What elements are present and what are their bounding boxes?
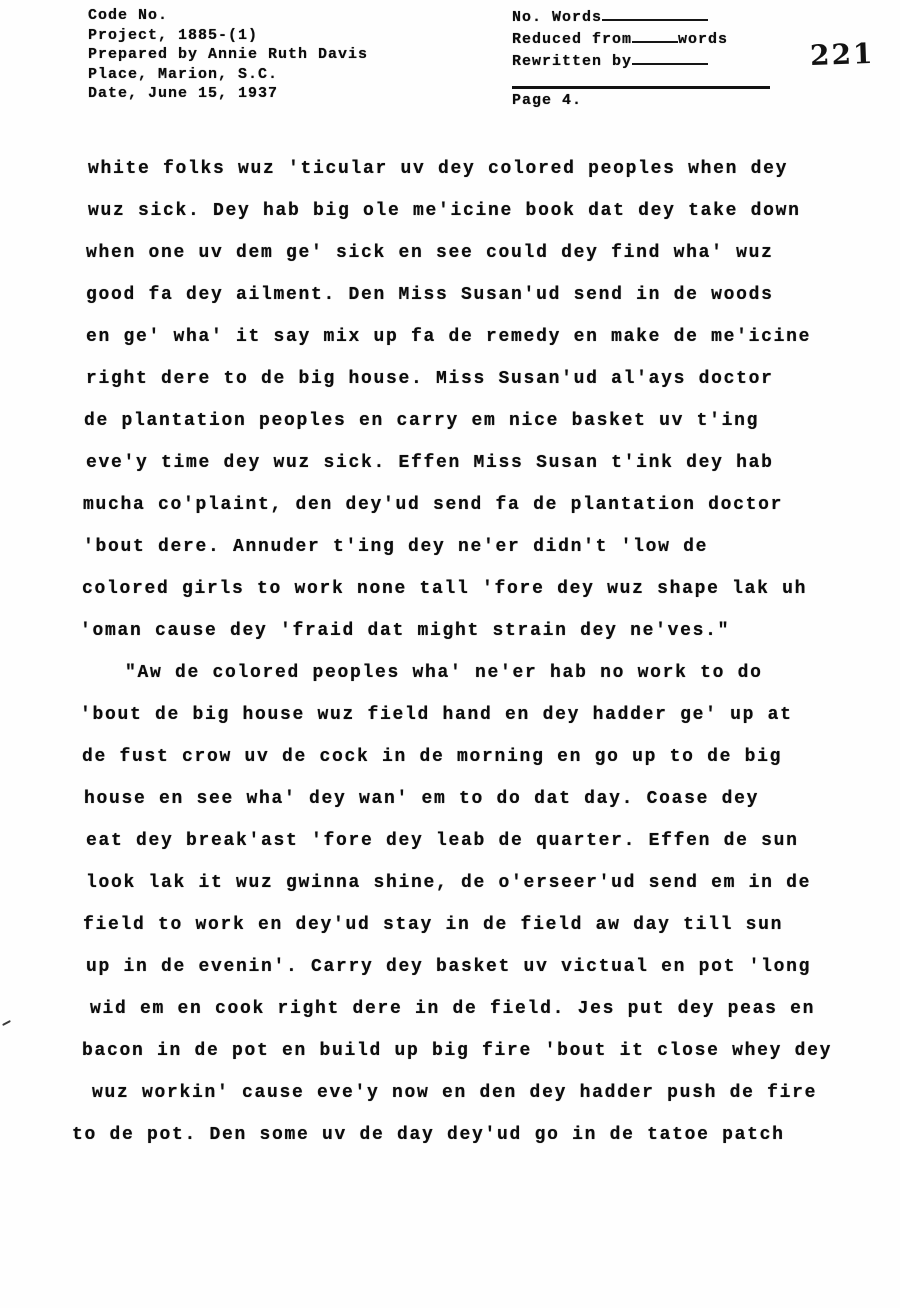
text-line: de plantation peoples en carry em nice b… xyxy=(84,400,832,442)
text-line: wuz sick. Dey hab big ole me'icine book … xyxy=(88,190,832,232)
text-line: wid em en cook right dere in de field. J… xyxy=(90,988,832,1030)
header-admin-block: Code No. Project, 1885-(1) Prepared by A… xyxy=(88,6,368,104)
text-line: bacon in de pot en build up big fire 'bo… xyxy=(82,1030,832,1072)
text-line: when one uv dem ge' sick en see could de… xyxy=(86,232,832,274)
text-line: right dere to de big house. Miss Susan'u… xyxy=(86,358,832,400)
reduced-from-row: Reduced fromwords xyxy=(512,28,770,50)
text-line: to de pot. Den some uv de day dey'ud go … xyxy=(72,1114,832,1156)
text-line: mucha co'plaint, den dey'ud send fa de p… xyxy=(83,484,832,526)
text-line: field to work en dey'ud stay in de field… xyxy=(83,904,832,946)
rewritten-by-row: Rewritten by xyxy=(512,50,770,72)
date-line: Date, June 15, 1937 xyxy=(88,84,368,104)
no-words-blank-line xyxy=(602,6,708,21)
text-line: look lak it wuz gwinna shine, de o'ersee… xyxy=(86,862,832,904)
project-line: Project, 1885-(1) xyxy=(88,26,368,46)
no-words-row: No. Words xyxy=(512,6,770,28)
narrative-body: white folks wuz 'ticular uv dey colored … xyxy=(86,148,832,1156)
text-line: eve'y time dey wuz sick. Effen Miss Susa… xyxy=(86,442,832,484)
reduced-from-blank-line xyxy=(632,28,678,43)
text-line: 'bout de big house wuz field hand en dey… xyxy=(80,694,832,736)
text-line: en ge' wha' it say mix up fa de remedy e… xyxy=(86,316,832,358)
text-line: eat dey break'ast 'fore dey leab de quar… xyxy=(86,820,832,862)
scan-artifact xyxy=(2,1020,11,1026)
document-page: Code No. Project, 1885-(1) Prepared by A… xyxy=(0,0,900,1308)
page-number-label: Page 4. xyxy=(512,92,582,109)
text-line: colored girls to work none tall 'fore de… xyxy=(82,568,832,610)
text-line: wuz workin' cause eve'y now en den dey h… xyxy=(92,1072,832,1114)
place-line: Place, Marion, S.C. xyxy=(88,65,368,85)
code-no-line: Code No. xyxy=(88,6,368,26)
text-line: white folks wuz 'ticular uv dey colored … xyxy=(88,148,832,190)
text-line: good fa dey ailment. Den Miss Susan'ud s… xyxy=(86,274,832,316)
text-line: de fust crow uv de cock in de morning en… xyxy=(82,736,832,778)
reduced-from-label: Reduced from xyxy=(512,31,632,48)
prepared-by-line: Prepared by Annie Ruth Davis xyxy=(88,45,368,65)
text-line: up in de evenin'. Carry dey basket uv vi… xyxy=(86,946,832,988)
header-wordcount-block: No. Words Reduced fromwords Rewritten by… xyxy=(512,6,770,111)
folio-number-stamp: 221 xyxy=(809,37,875,72)
text-line paragraph-start: "Aw de colored peoples wha' ne'er hab no… xyxy=(125,652,832,694)
horizontal-rule xyxy=(512,86,770,89)
reduced-words-suffix: words xyxy=(678,31,728,48)
text-line: house en see wha' dey wan' em to do dat … xyxy=(84,778,832,820)
text-line: 'oman cause dey 'fraid dat might strain … xyxy=(80,610,832,652)
rewritten-by-blank-line xyxy=(632,50,708,65)
rewritten-by-label: Rewritten by xyxy=(512,53,632,70)
page-number-row: Page 4. xyxy=(512,90,770,111)
text-line: 'bout dere. Annuder t'ing dey ne'er didn… xyxy=(83,526,832,568)
no-words-label: No. Words xyxy=(512,9,602,26)
